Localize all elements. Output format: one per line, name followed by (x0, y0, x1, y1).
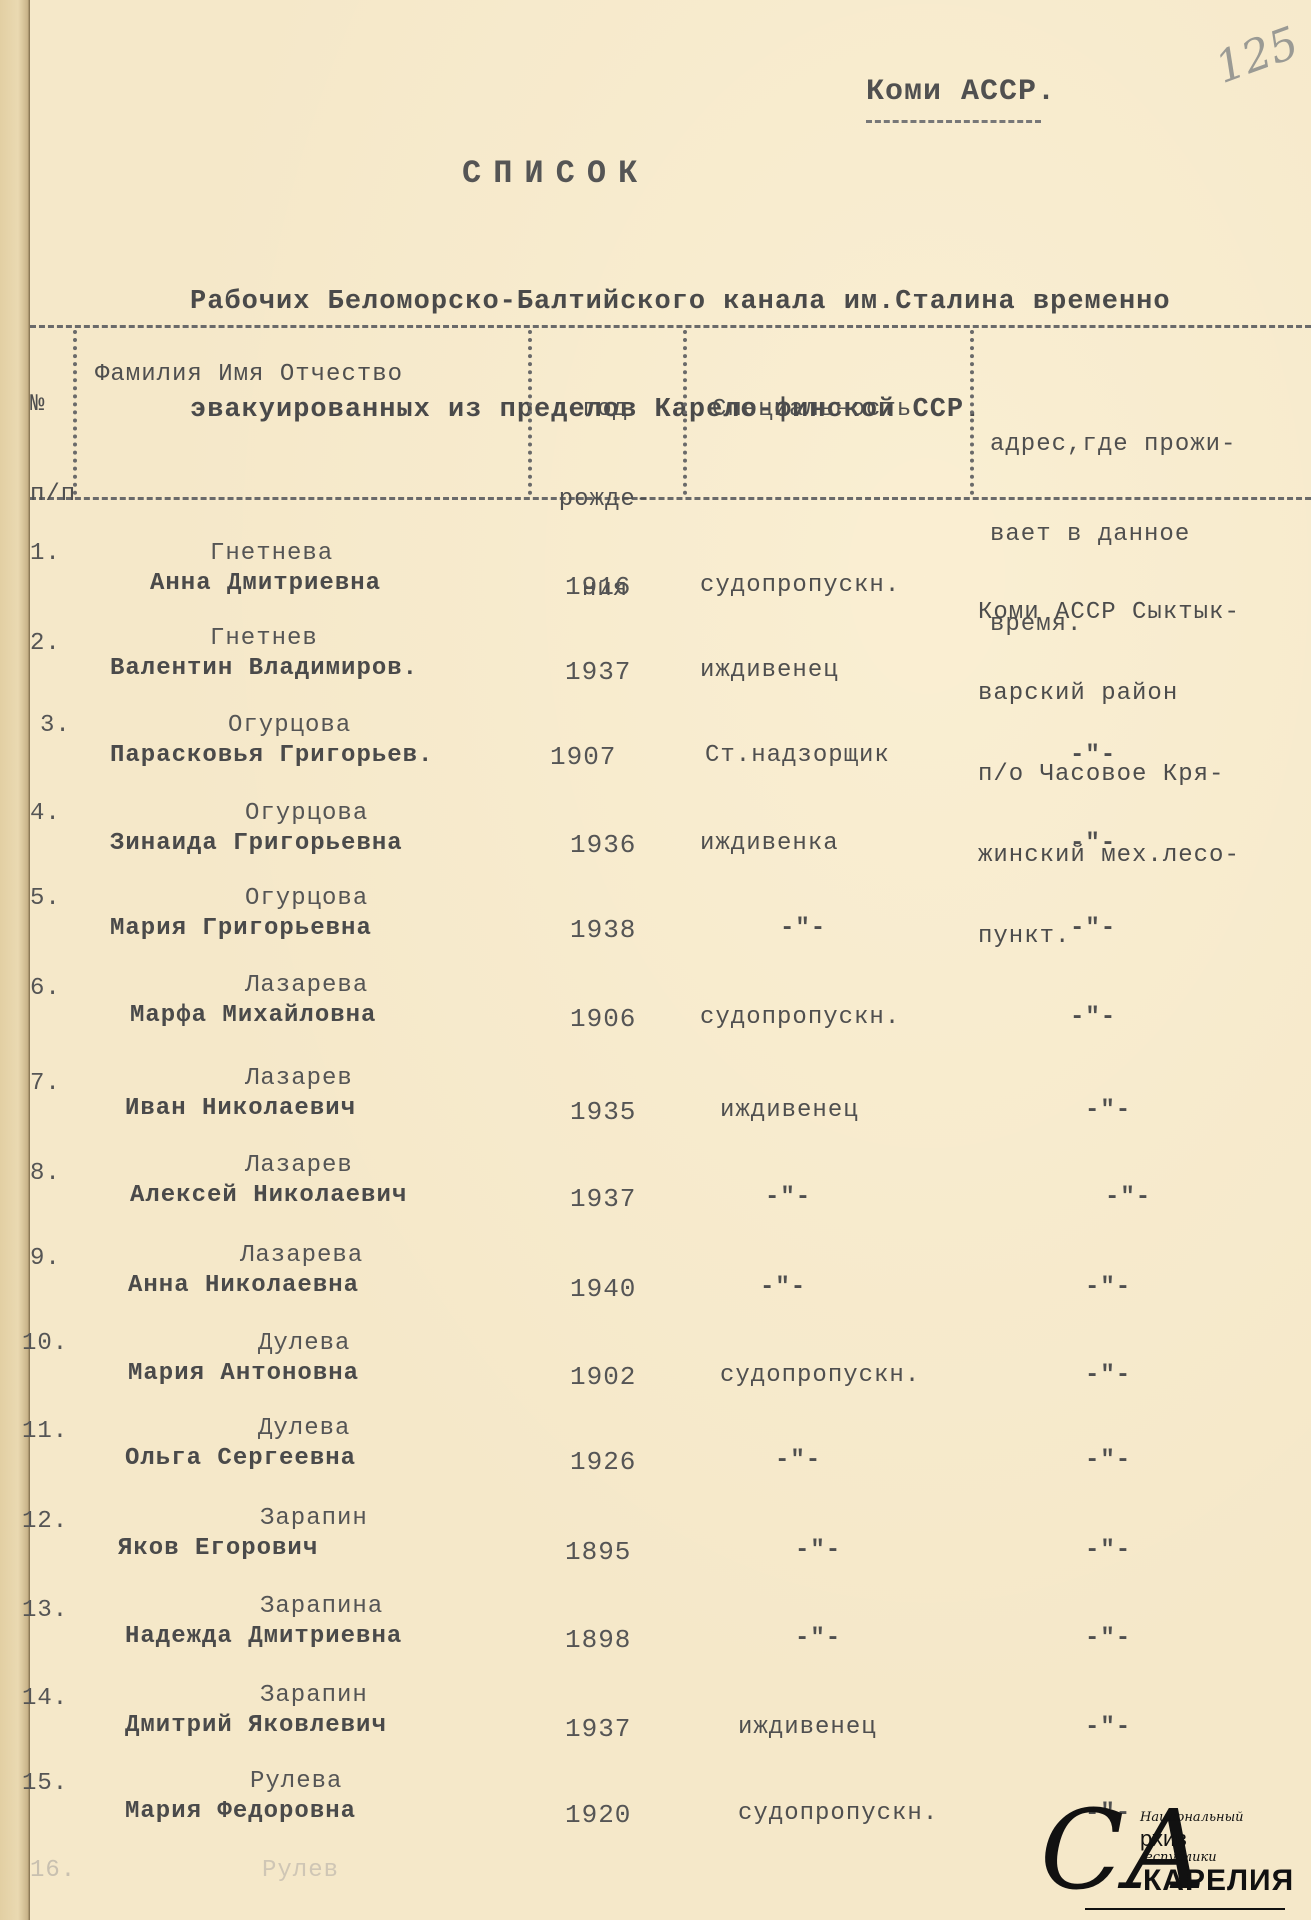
row-surname: Огурцова (228, 712, 351, 739)
document-title: СПИСОК (462, 155, 649, 192)
row-number: 3. (40, 712, 71, 739)
row-birth-year: 1937 (565, 657, 631, 687)
row-number: 1. (30, 540, 61, 567)
subtitle-line-1: Рабочих Беломорско-Балтийского канала им… (190, 284, 1171, 320)
row-surname: Дулева (258, 1415, 350, 1442)
row-birth-year: 1895 (565, 1537, 631, 1567)
row-given-names: Марфа Михайловна (130, 1002, 376, 1029)
row-address: -"- (1105, 1184, 1151, 1211)
row-specialty: -"- (765, 1184, 811, 1211)
row-surname: Зарапин (260, 1682, 368, 1709)
row-specialty: судопропускн. (738, 1800, 938, 1827)
row-birth-year: 1935 (570, 1097, 636, 1127)
row-birth-year: 1907 (550, 742, 616, 772)
row-surname: Дулева (258, 1330, 350, 1357)
row-address: -"- (1070, 742, 1116, 769)
row-specialty: -"- (795, 1537, 841, 1564)
col-header-specialty: Специальность (712, 395, 912, 425)
row-specialty: иждивенец (738, 1714, 877, 1741)
row-surname: Лазарева (240, 1242, 363, 1269)
row-specialty: судопропускн. (700, 572, 900, 599)
row-address: -"- (1070, 1004, 1116, 1031)
row-given-names: Яков Егорович (118, 1535, 318, 1562)
region-underline (866, 120, 1041, 123)
region-heading: Коми АССР. (866, 75, 1056, 109)
row-given-names: Дмитрий Яковлевич (125, 1712, 387, 1739)
row-number: 7. (30, 1070, 61, 1097)
row-given-names: Алексей Николаевич (130, 1182, 407, 1209)
row-birth-year: 1940 (570, 1274, 636, 1304)
row-given-names: Иван Николаевич (125, 1095, 356, 1122)
row-specialty: Ст.надзорщик (705, 742, 890, 769)
row-specialty: -"- (760, 1274, 806, 1301)
row-given-names: Валентин Владимиров. (110, 655, 418, 682)
row-address: -"- (1085, 1714, 1131, 1741)
row-birth-year: 1916 (565, 572, 631, 602)
row-number: 14. (22, 1685, 68, 1712)
row-number: 5. (30, 885, 61, 912)
row-surname: Огурцова (245, 885, 368, 912)
row-surname: Гнетнев (210, 625, 318, 652)
row-surname: Гнетнева (210, 540, 333, 567)
row-specialty: иждивенка (700, 830, 839, 857)
row-specialty: -"- (795, 1625, 841, 1652)
row-address: -"- (1085, 1274, 1131, 1301)
row-address: -"- (1085, 1625, 1131, 1652)
row-address: -"- (1085, 1362, 1131, 1389)
row-number: 8. (30, 1160, 61, 1187)
row-number: 12. (22, 1508, 68, 1535)
row-birth-year: 1937 (570, 1184, 636, 1214)
row-given-names: Парасковья Григорьев. (110, 742, 433, 769)
row-given-names: Анна Дмитриевна (150, 570, 381, 597)
row-number: 10. (22, 1330, 68, 1357)
row-birth-year: 1898 (565, 1625, 631, 1655)
column-separator (528, 330, 532, 495)
row-given-names: Мария Федоровна (125, 1798, 356, 1825)
row-address: -"- (1085, 1537, 1131, 1564)
row-surname: Огурцова (245, 800, 368, 827)
row-birth-year: 1920 (565, 1800, 631, 1830)
row-specialty: иждивенец (720, 1097, 859, 1124)
row-given-names: Надежда Дмитриевна (125, 1623, 402, 1650)
row-surname: Рулева (250, 1768, 342, 1795)
row-birth-year: 1906 (570, 1004, 636, 1034)
row-number: 6. (30, 975, 61, 1002)
national-archive-karelia-logo: СА Национальный рхив еспублики КАРЕЛИЯ (1035, 1800, 1295, 1920)
row-address: -"- (1085, 1097, 1131, 1124)
row-birth-year: 1926 (570, 1447, 636, 1477)
column-separator (970, 330, 974, 495)
col-header-num: № п/п (30, 330, 76, 540)
row-specialty: иждивенец (700, 657, 839, 684)
row-number: 11. (22, 1418, 68, 1445)
book-binding-edge (0, 0, 30, 1920)
row-given-names: Анна Николаевна (128, 1272, 359, 1299)
row-number: 4. (30, 800, 61, 827)
row-surname: Зарапин (260, 1505, 368, 1532)
row-address: -"- (1070, 915, 1116, 942)
row-number: 9. (30, 1245, 61, 1272)
row-birth-year: 1938 (570, 915, 636, 945)
row-given-names: Мария Григорьевна (110, 915, 372, 942)
row-surname: Лазарев (245, 1065, 353, 1092)
row-number: 15. (22, 1770, 68, 1797)
row-surname: Зарапина (260, 1593, 383, 1620)
partial-row-number: 16. (30, 1857, 76, 1884)
column-separator (683, 330, 687, 495)
row-address: -"- (1070, 830, 1116, 857)
row-birth-year: 1902 (570, 1362, 636, 1392)
row-address: -"- (1085, 1447, 1131, 1474)
table-top-rule (30, 325, 1311, 328)
row-given-names: Зинаида Григорьевна (110, 830, 403, 857)
row-specialty: судопропускн. (720, 1362, 920, 1389)
logo-underline (1085, 1908, 1285, 1910)
row-birth-year: 1936 (570, 830, 636, 860)
row-birth-year: 1937 (565, 1714, 631, 1744)
row-given-names: Ольга Сергеевна (125, 1445, 356, 1472)
row-specialty: -"- (780, 915, 826, 942)
col-header-name: Фамилия Имя Отчество (95, 360, 403, 390)
row-specialty: судопропускн. (700, 1004, 900, 1031)
row-surname: Лазарев (245, 1152, 353, 1179)
partial-row-surname: Рулев (262, 1857, 339, 1884)
row-specialty: -"- (775, 1447, 821, 1474)
row-number: 13. (22, 1597, 68, 1624)
row-given-names: Мария Антоновна (128, 1360, 359, 1387)
row-number: 2. (30, 630, 61, 657)
row-surname: Лазарева (245, 972, 368, 999)
